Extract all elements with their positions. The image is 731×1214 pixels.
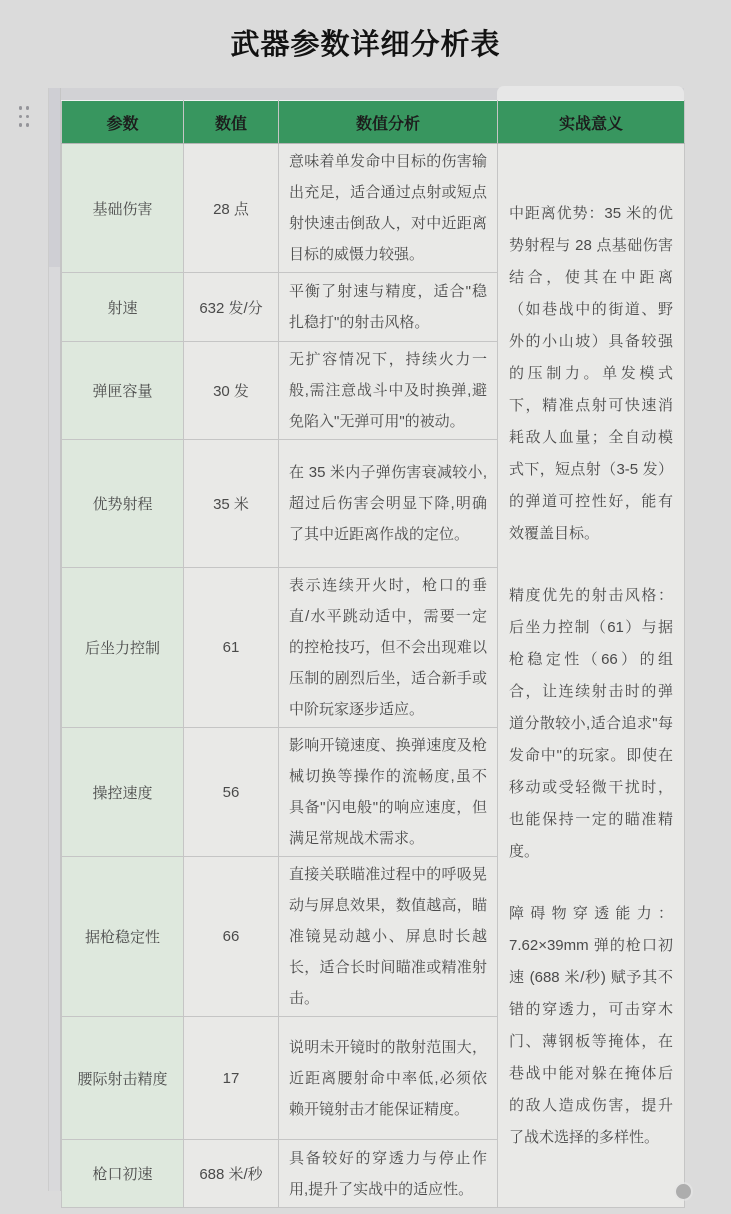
value-cell[interactable]: 28 点 <box>184 144 279 273</box>
active-row-segment <box>49 88 60 267</box>
value-cell[interactable]: 56 <box>184 728 279 857</box>
analysis-cell[interactable]: 表示连续开火时，枪口的垂直/水平跳动适中，需要一定的控枪技巧，但不会出现难以压制… <box>279 568 498 728</box>
table-resize-handle[interactable] <box>676 1184 691 1199</box>
header-practical[interactable]: 实战意义 <box>498 101 685 144</box>
column-hover-indicator <box>497 86 684 100</box>
weapon-parameter-table: 参数 数值 数值分析 实战意义 基础伤害 28 点 意味着单发命中目标的伤害输出… <box>61 100 685 1208</box>
analysis-cell[interactable]: 平衡了射速与精度，适合"稳扎稳打"的射击风格。 <box>279 273 498 342</box>
analysis-cell[interactable]: 说明未开镜时的散射范围大，近距离腰射命中率低,必须依赖开镜射击才能保证精度。 <box>279 1017 498 1140</box>
param-cell[interactable]: 操控速度 <box>62 728 184 857</box>
value-cell[interactable]: 688 米/秒 <box>184 1140 279 1208</box>
practical-paragraph: 中距离优势：35 米的优势射程与 28 点基础伤害结合，使其在中距离（如巷战中的… <box>509 198 673 550</box>
value-cell[interactable]: 30 发 <box>184 342 279 440</box>
value-cell[interactable]: 66 <box>184 857 279 1017</box>
param-cell[interactable]: 优势射程 <box>62 440 184 568</box>
header-analysis[interactable]: 数值分析 <box>279 101 498 144</box>
value-cell[interactable]: 17 <box>184 1017 279 1140</box>
param-cell[interactable]: 弹匣容量 <box>62 342 184 440</box>
param-cell[interactable]: 射速 <box>62 273 184 342</box>
analysis-cell[interactable]: 影响开镜速度、换弹速度及枪械切换等操作的流畅度,虽不具备"闪电般"的响应速度，但… <box>279 728 498 857</box>
analysis-cell[interactable]: 意味着单发命中目标的伤害输出充足，适合通过点射或短点射快速击倒敌人，对中近距离目… <box>279 144 498 273</box>
analysis-cell[interactable]: 在 35 米内子弹伤害衰减较小,超过后伤害会明显下降,明确了其中近距离作战的定位… <box>279 440 498 568</box>
param-cell[interactable]: 基础伤害 <box>62 144 184 273</box>
value-cell[interactable]: 61 <box>184 568 279 728</box>
param-cell[interactable]: 据枪稳定性 <box>62 857 184 1017</box>
analysis-cell[interactable]: 具备较好的穿透力与停止作用,提升了实战中的适应性。 <box>279 1140 498 1208</box>
param-cell[interactable]: 后坐力控制 <box>62 568 184 728</box>
analysis-cell[interactable]: 直接关联瞄准过程中的呼吸晃动与屏息效果，数值越高，瞄准镜晃动越小、屏息时长越长，… <box>279 857 498 1017</box>
header-param[interactable]: 参数 <box>62 101 184 144</box>
table-row: 基础伤害 28 点 意味着单发命中目标的伤害输出充足，适合通过点射或短点射快速击… <box>62 144 685 273</box>
practical-paragraph: 精度优先的射击风格：后坐力控制（61）与据枪稳定性（66）的组合，让连续射击时的… <box>509 580 673 868</box>
param-cell[interactable]: 枪口初速 <box>62 1140 184 1208</box>
value-cell[interactable]: 35 米 <box>184 440 279 568</box>
row-handle-gutter[interactable] <box>48 88 61 1191</box>
value-cell[interactable]: 632 发/分 <box>184 273 279 342</box>
practical-significance-cell[interactable]: 中距离优势：35 米的优势射程与 28 点基础伤害结合，使其在中距离（如巷战中的… <box>498 144 685 1208</box>
header-value[interactable]: 数值 <box>184 101 279 144</box>
practical-paragraph: 障碍物穿透能力：7.62×39mm 弹的枪口初速 (688 米/秒) 赋予其不错… <box>509 898 673 1154</box>
param-cell[interactable]: 腰际射击精度 <box>62 1017 184 1140</box>
drag-handle-icon[interactable] <box>17 104 31 129</box>
analysis-cell[interactable]: 无扩容情况下，持续火力一般,需注意战斗中及时换弹,避免陷入"无弹可用"的被动。 <box>279 342 498 440</box>
page-title: 武器参数详细分析表 <box>0 22 731 63</box>
